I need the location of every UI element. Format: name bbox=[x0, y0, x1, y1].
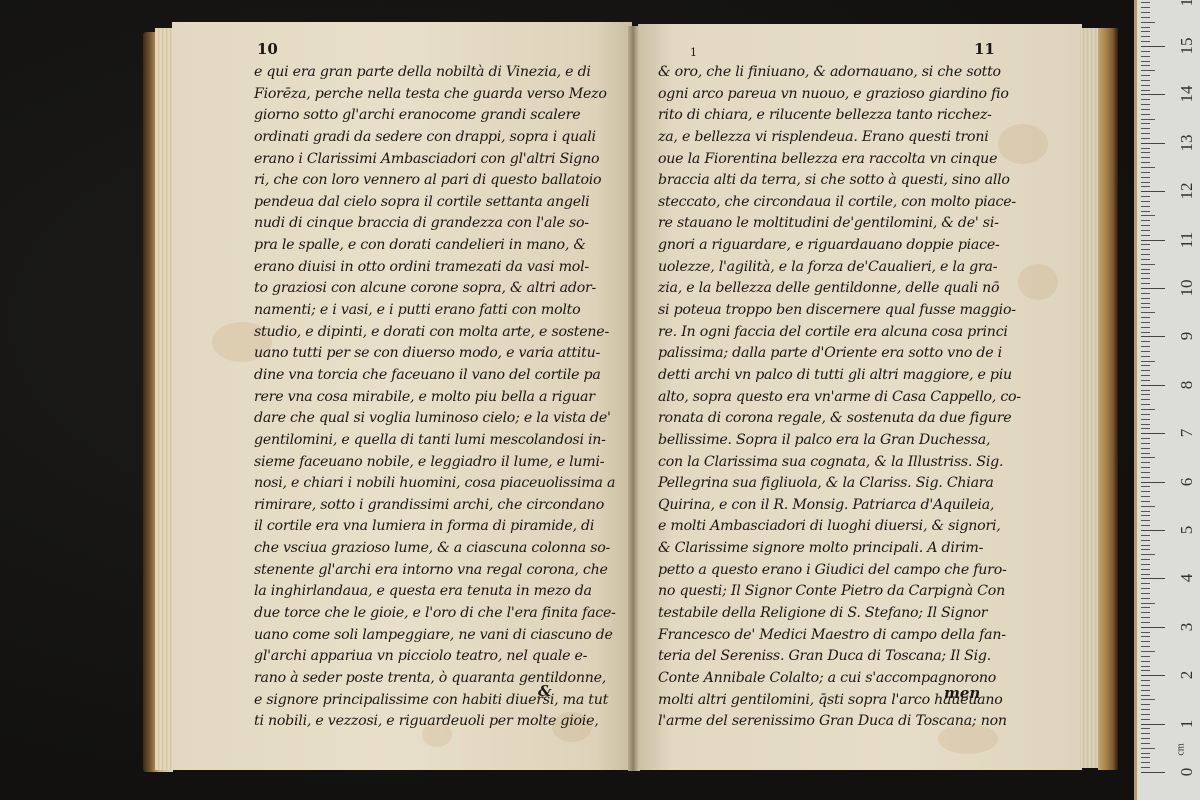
ruler-tick bbox=[1141, 109, 1150, 110]
ruler-tick bbox=[1141, 540, 1150, 541]
ruler-label: 14 bbox=[1177, 80, 1197, 108]
ruler-tick bbox=[1141, 312, 1155, 313]
ruler-tick bbox=[1141, 317, 1150, 318]
ruler-tick bbox=[1141, 167, 1155, 168]
ruler-tick bbox=[1141, 298, 1150, 299]
text-line: & Clarissime signore molto principali. A… bbox=[658, 538, 1003, 560]
text-line: testabile della Religione di S. Stefano;… bbox=[658, 603, 1003, 625]
text-line: dare che qual si voglia luminoso cielo; … bbox=[254, 408, 599, 430]
signature-mark: 1 bbox=[690, 46, 697, 59]
ruler-tick bbox=[1141, 56, 1150, 57]
ruler-tick bbox=[1141, 559, 1150, 560]
ruler-tick bbox=[1141, 612, 1150, 613]
text-line: gentilomini, e quella di tanti lumi mesc… bbox=[254, 430, 599, 452]
ruler-tick bbox=[1141, 75, 1150, 76]
ruler-tick bbox=[1141, 699, 1155, 700]
ruler-tick bbox=[1141, 486, 1150, 487]
ruler-label: 1 bbox=[1177, 710, 1197, 738]
ruler-tick bbox=[1141, 394, 1150, 395]
text-line: ti nobili, e vezzosi, e riguardeuoli per… bbox=[254, 711, 599, 733]
ruler-tick bbox=[1141, 428, 1150, 429]
ruler-tick bbox=[1141, 419, 1150, 420]
ruler-tick bbox=[1141, 569, 1150, 570]
text-line: to graziosi con alcune corone sopra, & a… bbox=[254, 278, 599, 300]
ruler-tick bbox=[1141, 99, 1150, 100]
ruler-tick bbox=[1141, 80, 1150, 81]
ruler-tick bbox=[1141, 719, 1150, 720]
text-line: zia, e la bellezza delle gentildonne, de… bbox=[658, 278, 1003, 300]
right-cover-edge bbox=[1098, 28, 1118, 770]
ruler-tick bbox=[1141, 762, 1150, 763]
text-line: no questi; Il Signor Conte Pietro da Car… bbox=[658, 581, 1003, 603]
ruler-tick bbox=[1141, 172, 1150, 173]
ruler-tick bbox=[1141, 211, 1150, 212]
page-number-left: 10 bbox=[257, 40, 278, 58]
ruler-tick bbox=[1141, 641, 1150, 642]
ruler-tick bbox=[1141, 574, 1150, 575]
ruler-tick bbox=[1141, 2, 1150, 3]
text-line: erano diuisi in otto ordini tramezati da… bbox=[254, 257, 599, 279]
ruler-tick bbox=[1141, 269, 1150, 270]
ruler-tick bbox=[1141, 94, 1165, 95]
text-line: sieme faceuano nobile, e leggiadro il lu… bbox=[254, 452, 599, 474]
text-line: ronata di corona regale, & sostenuta da … bbox=[658, 408, 1003, 430]
ruler-tick bbox=[1141, 724, 1165, 725]
ruler-unit-label: cm bbox=[1176, 743, 1187, 755]
ruler-tick bbox=[1141, 380, 1150, 381]
ruler-label: 13 bbox=[1177, 129, 1197, 157]
ruler-tick bbox=[1141, 767, 1150, 768]
ruler-tick bbox=[1141, 515, 1150, 516]
ruler-tick bbox=[1141, 220, 1150, 221]
text-line: nudi di cinque braccia di grandezza con … bbox=[254, 213, 599, 235]
ruler-tick bbox=[1141, 462, 1150, 463]
text-line: studio, e dipinti, e dorati con molta ar… bbox=[254, 322, 599, 344]
ruler-tick bbox=[1141, 743, 1150, 744]
text-line: nosi, e chiari i nobili huomini, cosa pi… bbox=[254, 473, 599, 495]
ruler-tick bbox=[1141, 332, 1150, 333]
ruler-tick bbox=[1141, 535, 1150, 536]
ruler-tick bbox=[1141, 351, 1150, 352]
ruler-tick bbox=[1141, 293, 1150, 294]
ruler-tick bbox=[1141, 549, 1150, 550]
text-line: dine vna torcia che faceuano il vano del… bbox=[254, 365, 599, 387]
text-line: gl'archi appariua vn picciolo teatro, ne… bbox=[254, 646, 599, 668]
ruler-tick bbox=[1141, 438, 1150, 439]
ruler-label: 15 bbox=[1177, 32, 1197, 60]
text-line: con la Clarissima sua cognata, & la Illu… bbox=[658, 452, 1003, 474]
ruler-tick bbox=[1141, 530, 1165, 531]
ruler-tick bbox=[1141, 545, 1150, 546]
ruler-tick bbox=[1141, 511, 1150, 512]
ruler-label: 4 bbox=[1177, 564, 1197, 592]
ruler-tick bbox=[1141, 656, 1150, 657]
ruler-tick bbox=[1141, 51, 1150, 52]
ruler-tick bbox=[1141, 288, 1165, 289]
ruler-tick bbox=[1141, 85, 1150, 86]
text-line: uano come soli lampeggiare, ne vani di c… bbox=[254, 625, 599, 647]
ruler-tick bbox=[1141, 70, 1155, 71]
text-line: namenti; e i vasi, e i putti erano fatti… bbox=[254, 300, 599, 322]
text-line: la inghirlandaua, e questa era tenuta in… bbox=[254, 581, 599, 603]
ruler-tick bbox=[1141, 670, 1150, 671]
ruler-tick bbox=[1141, 414, 1150, 415]
ruler-tick bbox=[1141, 598, 1150, 599]
text-line: re stauano le moltitudini de'gentilomini… bbox=[658, 213, 1003, 235]
ruler-tick bbox=[1141, 753, 1150, 754]
ruler-tick bbox=[1141, 123, 1150, 124]
text-line: za, e bellezza vi risplendeua. Erano que… bbox=[658, 127, 1003, 149]
ruler-tick bbox=[1141, 114, 1150, 115]
text-line: alto, sopra questo era vn'arme di Casa C… bbox=[658, 387, 1003, 409]
ruler-tick bbox=[1141, 578, 1165, 579]
ruler-tick bbox=[1141, 627, 1165, 628]
ruler-tick bbox=[1141, 152, 1150, 153]
ruler-tick bbox=[1141, 617, 1150, 618]
ruler-label: 16 bbox=[1177, 0, 1197, 12]
ruler-tick bbox=[1141, 119, 1155, 120]
text-line: bellissime. Sopra il palco era la Gran D… bbox=[658, 430, 1003, 452]
left-page-text: e qui era gran parte della nobiltà di Vi… bbox=[254, 62, 599, 733]
ruler-tick bbox=[1141, 240, 1165, 241]
text-line: Francesco de' Medici Maestro di campo de… bbox=[658, 625, 1003, 647]
ruler-tick bbox=[1141, 186, 1150, 187]
ruler-tick bbox=[1141, 230, 1150, 231]
text-line: & oro, che li finiuano, & adornauano, si… bbox=[658, 62, 1003, 84]
ruler-tick bbox=[1141, 496, 1150, 497]
text-line: erano i Clarissimi Ambasciadori con gl'a… bbox=[254, 149, 599, 171]
ruler-tick bbox=[1141, 564, 1150, 565]
ruler-tick bbox=[1141, 273, 1150, 274]
ruler-tick bbox=[1141, 772, 1165, 773]
ruler-tick bbox=[1141, 264, 1155, 265]
ruler-label: 10 bbox=[1177, 274, 1197, 302]
ruler-tick bbox=[1141, 404, 1150, 405]
ruler-label: 7 bbox=[1177, 419, 1197, 447]
ruler-label: 2 bbox=[1177, 661, 1197, 689]
ruler-tick bbox=[1141, 365, 1150, 366]
ruler-tick bbox=[1141, 191, 1165, 192]
catchword-left: & bbox=[538, 682, 552, 700]
text-line: il cortile era vna lumiera in forma di p… bbox=[254, 516, 599, 538]
ruler-tick bbox=[1141, 346, 1150, 347]
ruler-tick bbox=[1141, 303, 1150, 304]
ruler-tick bbox=[1141, 162, 1150, 163]
ruler-tick bbox=[1141, 278, 1150, 279]
ruler-tick bbox=[1141, 390, 1150, 391]
text-line: Quirina, e con il R. Monsig. Patriarca d… bbox=[658, 495, 1003, 517]
ruler-tick bbox=[1141, 235, 1150, 236]
ruler-tick bbox=[1141, 675, 1165, 676]
ruler-tick bbox=[1141, 90, 1150, 91]
text-line: si poteua troppo ben discernere qual fus… bbox=[658, 300, 1003, 322]
text-line: oue la Fiorentina bellezza era raccolta … bbox=[658, 149, 1003, 171]
ruler-tick bbox=[1141, 666, 1150, 667]
ruler-tick bbox=[1141, 733, 1150, 734]
ruler-label: 5 bbox=[1177, 516, 1197, 544]
ruler-tick bbox=[1141, 22, 1155, 23]
ruler-tick bbox=[1141, 104, 1150, 105]
ruler-tick bbox=[1141, 728, 1150, 729]
catchword-right: men bbox=[944, 684, 980, 702]
text-line: stenente gl'archi era intorno vna regal … bbox=[254, 560, 599, 582]
ruler-tick bbox=[1141, 12, 1150, 13]
ruler-tick bbox=[1141, 327, 1150, 328]
text-line: pendeua dal cielo sopra il cortile setta… bbox=[254, 192, 599, 214]
ruler-tick bbox=[1141, 307, 1150, 308]
ruler-tick bbox=[1141, 385, 1165, 386]
ruler-tick bbox=[1141, 622, 1150, 623]
ruler-tick bbox=[1141, 17, 1150, 18]
text-line: due torce che le gioie, e l'oro di che l… bbox=[254, 603, 599, 625]
ruler-tick bbox=[1141, 583, 1150, 584]
ruler-tick bbox=[1141, 588, 1150, 589]
page-number-right: 11 bbox=[974, 40, 995, 58]
text-line: pra le spalle, e con dorati candelieri i… bbox=[254, 235, 599, 257]
ruler-tick bbox=[1141, 254, 1150, 255]
text-line: uolezze, l'agilità, e la forza de'Cauali… bbox=[658, 257, 1003, 279]
ruler-tick bbox=[1141, 554, 1155, 555]
ruler-tick bbox=[1141, 603, 1155, 604]
text-line: palissima; dalla parte d'Oriente era sot… bbox=[658, 343, 1003, 365]
ruler-tick bbox=[1141, 651, 1155, 652]
ruler-tick bbox=[1141, 632, 1150, 633]
text-line: uano tutti per se con diuerso modo, e va… bbox=[254, 343, 599, 365]
ruler-label: 9 bbox=[1177, 322, 1197, 350]
ruler-tick bbox=[1141, 690, 1150, 691]
ruler-tick bbox=[1141, 520, 1150, 521]
ruler-tick bbox=[1141, 336, 1165, 337]
text-line: rito di chiara, e rilucente bellezza tan… bbox=[658, 105, 1003, 127]
ruler-tick bbox=[1141, 636, 1150, 637]
ruler-tick bbox=[1141, 424, 1150, 425]
ruler-label: 8 bbox=[1177, 371, 1197, 399]
ruler-tick bbox=[1141, 695, 1150, 696]
ruler-tick bbox=[1141, 41, 1150, 42]
ruler-tick bbox=[1141, 409, 1155, 410]
text-line: petto a questo erano i Giudici del campo… bbox=[658, 560, 1003, 582]
ruler-tick bbox=[1141, 201, 1150, 202]
text-line: Fiorēza, perche nella testa che guarda v… bbox=[254, 84, 599, 106]
ruler-tick bbox=[1141, 467, 1150, 468]
right-page-edges bbox=[1080, 28, 1100, 768]
ruler-tick bbox=[1141, 133, 1150, 134]
ruler-tick bbox=[1141, 370, 1150, 371]
ruler-tick bbox=[1141, 143, 1165, 144]
ruler-tick bbox=[1141, 27, 1150, 28]
ruler-tick bbox=[1141, 477, 1150, 478]
ruler-tick bbox=[1141, 525, 1150, 526]
ruler-tick bbox=[1141, 244, 1150, 245]
ruler-tick bbox=[1141, 661, 1150, 662]
ruler-tick bbox=[1141, 738, 1150, 739]
ruler-tick bbox=[1141, 341, 1150, 342]
ruler-tick bbox=[1141, 61, 1150, 62]
ruler-tick bbox=[1141, 215, 1155, 216]
ruler-tick bbox=[1141, 757, 1150, 758]
ruler-tick bbox=[1141, 375, 1150, 376]
ruler-tick bbox=[1141, 472, 1150, 473]
ruler-label: 6 bbox=[1177, 468, 1197, 496]
text-line: teria del Sereniss. Gran Duca di Toscana… bbox=[658, 646, 1003, 668]
ruler-tick bbox=[1141, 457, 1155, 458]
ruler-tick bbox=[1141, 685, 1150, 686]
ruler-tick bbox=[1141, 361, 1155, 362]
text-line: ogni arco pareua vn nuouo, e grazioso gi… bbox=[658, 84, 1003, 106]
ruler-tick bbox=[1141, 646, 1150, 647]
ruler-tick bbox=[1141, 448, 1150, 449]
text-line: giorno sotto gl'archi eranocome grandi s… bbox=[254, 105, 599, 127]
ruler-tick bbox=[1141, 65, 1150, 66]
ruler-tick bbox=[1141, 196, 1150, 197]
ruler-tick bbox=[1141, 322, 1150, 323]
ruler-tick bbox=[1141, 607, 1150, 608]
ruler-tick bbox=[1141, 7, 1150, 8]
text-line: ri, che con loro vennero al pari di ques… bbox=[254, 170, 599, 192]
text-line: l'arme del serenissimo Gran Duca di Tosc… bbox=[658, 711, 1003, 733]
ruler-tick bbox=[1141, 31, 1150, 32]
ruler-label: 11 bbox=[1177, 226, 1197, 254]
text-line: e qui era gran parte della nobiltà di Vi… bbox=[254, 62, 599, 84]
ruler-label: 12 bbox=[1177, 177, 1197, 205]
ruler-tick bbox=[1141, 709, 1150, 710]
ruler-tick bbox=[1141, 177, 1150, 178]
text-line: ordinati gradi da sedere con drappi, sop… bbox=[254, 127, 599, 149]
text-line: gnori a riguardare, e riguardauano doppi… bbox=[658, 235, 1003, 257]
text-line: Pellegrina sua figliuola, & la Clariss. … bbox=[658, 473, 1003, 495]
ruler-tick bbox=[1141, 704, 1150, 705]
ruler-tick bbox=[1141, 283, 1150, 284]
ruler-tick bbox=[1141, 249, 1150, 250]
ruler-tick bbox=[1141, 148, 1150, 149]
ruler-tick bbox=[1141, 138, 1150, 139]
ruler-label: 0 bbox=[1177, 758, 1197, 786]
ruler-tick bbox=[1141, 157, 1150, 158]
ruler-tick bbox=[1141, 182, 1150, 183]
ruler-tick bbox=[1141, 714, 1150, 715]
ruler-tick bbox=[1141, 128, 1150, 129]
text-line: rimirare, sotto i grandissimi archi, che… bbox=[254, 495, 599, 517]
text-line: steccato, che circondaua il cortile, con… bbox=[658, 192, 1003, 214]
text-line: che vsciua grazioso lume, & a ciascuna c… bbox=[254, 538, 599, 560]
ruler-tick bbox=[1141, 36, 1150, 37]
ruler-tick bbox=[1141, 433, 1165, 434]
ruler-tick bbox=[1141, 46, 1165, 47]
ruler-tick bbox=[1141, 206, 1150, 207]
text-line: re. In ogni faccia del cortile era alcun… bbox=[658, 322, 1003, 344]
ruler-tick bbox=[1141, 501, 1150, 502]
ruler-tick bbox=[1141, 482, 1165, 483]
text-line: detti archi vn palco di tutti gli altri … bbox=[658, 365, 1003, 387]
ruler-tick bbox=[1141, 453, 1150, 454]
ruler-tick bbox=[1141, 748, 1155, 749]
measurement-ruler: cm 012345678910111213141516 bbox=[1134, 0, 1200, 800]
text-line: rere vna cosa mirabile, e molto piu bell… bbox=[254, 387, 599, 409]
ruler-tick bbox=[1141, 356, 1150, 357]
right-page-text: & oro, che li finiuano, & adornauano, si… bbox=[658, 62, 1003, 733]
ruler-tick bbox=[1141, 225, 1150, 226]
ruler-tick bbox=[1141, 593, 1150, 594]
ruler-tick bbox=[1141, 259, 1150, 260]
ruler-tick bbox=[1141, 399, 1150, 400]
text-line: e molti Ambasciadori di luoghi diuersi, … bbox=[658, 516, 1003, 538]
ruler-tick bbox=[1141, 506, 1155, 507]
ruler-tick bbox=[1141, 680, 1150, 681]
ruler-tick bbox=[1141, 491, 1150, 492]
ruler-tick bbox=[1141, 443, 1150, 444]
ruler-label: 3 bbox=[1177, 613, 1197, 641]
text-line: braccia alti da terra, si che sotto à qu… bbox=[658, 170, 1003, 192]
